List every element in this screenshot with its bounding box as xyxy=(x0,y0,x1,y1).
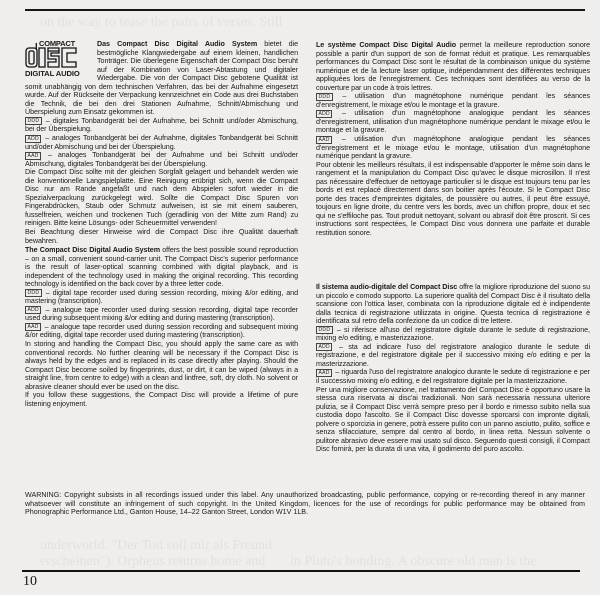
logo-digital-audio-text: DIGITAL AUDIO xyxy=(25,70,80,78)
french-add: ADD – utilisation d'un magnétophone anal… xyxy=(316,109,590,135)
aad-code-badge: AAD xyxy=(25,323,41,331)
english-ddd: DDD – digital tape recorder used during … xyxy=(25,289,298,306)
bleed-through-text: underworld. "Der Tod soll mir als Freund xyxy=(40,537,272,554)
french-ddd: DDD – utilisation d'un magnétophone numé… xyxy=(316,92,590,109)
french-care: Pour obtenir les meilleurs résultats, il… xyxy=(316,161,590,238)
english-heading: The Compact Disc Digital Audio System xyxy=(25,246,160,254)
ddd-code-badge: DDD xyxy=(25,289,42,297)
add-code-badge: ADD xyxy=(25,306,41,314)
disc-logo-icon xyxy=(25,42,79,68)
german-care: Die Compact Disc sollte mit der gleichen… xyxy=(25,168,298,228)
booklet-page: on the way to tease the pairs of verses.… xyxy=(0,0,600,595)
english-care: In storing and handling the Compact Disc… xyxy=(25,340,298,391)
french-aad: AAD – utilisation d'un magnétophone anal… xyxy=(316,135,590,161)
aad-code-badge: AAD xyxy=(25,152,41,160)
german-aad: AAD – analoges Tonbandgerät bei der Aufn… xyxy=(25,151,298,168)
english-aad: AAD – analogue tape recorder used during… xyxy=(25,323,298,340)
italian-care: Per una migliore conservazione, nel trat… xyxy=(316,386,590,454)
add-code-badge: ADD xyxy=(25,135,41,143)
italian-intro: Il sistema audio-digitale del Compact Di… xyxy=(316,283,590,326)
add-code-badge: ADD xyxy=(316,110,332,118)
german-add: ADD – analoges Tonbandgerät bei der Aufn… xyxy=(25,134,298,151)
aad-code-badge: AAD xyxy=(316,369,332,377)
italian-ddd: DDD – si riferisce all'uso del registrat… xyxy=(316,326,590,343)
bleed-through-text: in Pluto's bonding. A obscure old man is… xyxy=(290,553,536,570)
ddd-code-badge: DDD xyxy=(316,93,333,101)
italian-add: ADD – sta ad indicare l'uso del registra… xyxy=(316,343,590,369)
french-heading: Le système Compact Disc Digital Audio xyxy=(316,41,456,49)
section-french: Le système Compact Disc Digital Audio pe… xyxy=(316,41,590,238)
top-rule xyxy=(25,9,585,11)
english-intro: The Compact Disc Digital Audio System of… xyxy=(25,246,298,289)
copyright-warning: WARNING: Copyright subsists in all recor… xyxy=(25,491,585,517)
italian-heading: Il sistema audio-digitale del Compact Di… xyxy=(316,283,457,291)
ddd-code-badge: DDD xyxy=(316,326,333,334)
add-code-badge: ADD xyxy=(316,343,332,351)
page-number: 10 xyxy=(23,574,37,590)
german-ddd: DDD – digitales Tonbandgerät bei der Auf… xyxy=(25,117,298,134)
section-english: The Compact Disc Digital Audio System of… xyxy=(25,246,298,408)
french-intro: Le système Compact Disc Digital Audio pe… xyxy=(316,41,590,92)
bottom-rule xyxy=(22,570,580,572)
german-closing: Bei Beachtung dieser Hinweise wird die C… xyxy=(25,228,298,245)
italian-aad: AAD – riguarda l'uso del registratore an… xyxy=(316,368,590,385)
german-heading: Das Compact Disc Digital Audio System xyxy=(97,40,257,48)
section-italian: Il sistema audio-digitale del Compact Di… xyxy=(316,283,590,454)
english-add: ADD – analogue tape recorder used during… xyxy=(25,306,298,323)
compact-disc-logo: COMPACT DIGITAL AUDIO xyxy=(25,40,93,78)
aad-code-badge: AAD xyxy=(316,136,332,144)
bleed-through-text: on the way to tease the pairs of verses.… xyxy=(40,14,283,31)
section-german: COMPACT DIGITAL AUDIO Das Compact Disc D… xyxy=(25,40,298,245)
ddd-code-badge: DDD xyxy=(25,117,42,125)
english-closing: If you follow these suggestions, the Com… xyxy=(25,391,298,408)
bleed-through-text: erscheinen"). Orpheus returns home and xyxy=(40,553,265,570)
